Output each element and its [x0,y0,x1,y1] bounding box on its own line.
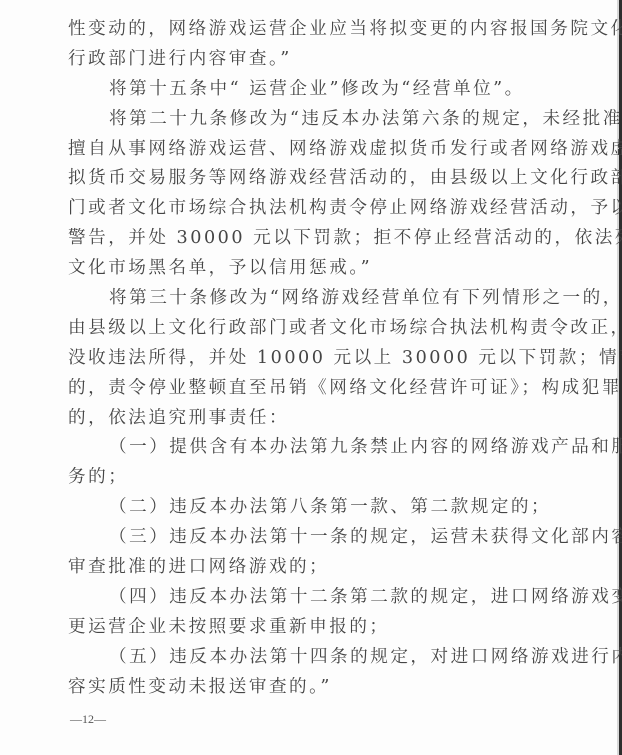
text-line: 将第三十条修改为“网络游戏经营单位有下列情形之一的， [68,284,538,314]
text-line: 没收违法所得，并处 10000 元以上 30000 元以下罚款；情节严重 [68,344,538,374]
list-item-1: （一）提供含有本办法第九条禁止内容的网络游戏产品和服 [68,433,538,463]
list-item-5: （五）违反本办法第十四条的规定，对进口网络游戏进行内 [68,643,538,673]
text-line: 门或者文化市场综合执法机构责令停止网络游戏经营活动，予以 [68,194,538,224]
list-item-3: （三）违反本办法第十一条的规定，运营未获得文化部内容 [68,523,538,553]
document-page: 性变动的，网络游戏运营企业应当将拟变更的内容报国务院文化 行政部门进行内容审查。… [0,0,622,755]
text-line: 行政部门进行内容审查。” [68,45,538,75]
text-line: 擅自从事网络游戏运营、网络游戏虚拟货币发行或者网络游戏虚 [68,135,538,165]
text-line: 审查批准的进口网络游戏的； [68,553,538,583]
text-line: 性变动的，网络游戏运营企业应当将拟变更的内容报国务院文化 [68,15,538,45]
text-line: 的，责令停业整顿直至吊销《网络文化经营许可证》；构成犯罪 [68,374,538,404]
text-line: 警告，并处 30000 元以下罚款；拒不停止经营活动的，依法列入 [68,224,538,254]
text-line: 的，依法追究刑事责任： [68,404,538,434]
list-item-4: （四）违反本办法第十二条第二款的规定，进口网络游戏变 [68,583,538,613]
text-line: 容实质性变动未报送审查的。” [68,673,538,703]
text-line: 更运营企业未按照要求重新申报的； [68,613,538,643]
text-line: 务的； [68,463,538,493]
list-item-2: （二）违反本办法第八条第一款、第二款规定的； [68,493,538,523]
text-line: 由县级以上文化行政部门或者文化市场综合执法机构责令改正， [68,314,538,344]
page-number: —12— [70,712,106,727]
text-line: 将第十五条中“ 运营企业”修改为“经营单位”。 [68,75,538,105]
body-text: 性变动的，网络游戏运营企业应当将拟变更的内容报国务院文化 行政部门进行内容审查。… [68,15,538,702]
text-line: 文化市场黑名单，予以信用惩戒。” [68,254,538,284]
text-line: 拟货币交易服务等网络游戏经营活动的，由县级以上文化行政部 [68,164,538,194]
text-line: 将第二十九条修改为“违反本办法第六条的规定，未经批准， [68,105,538,135]
